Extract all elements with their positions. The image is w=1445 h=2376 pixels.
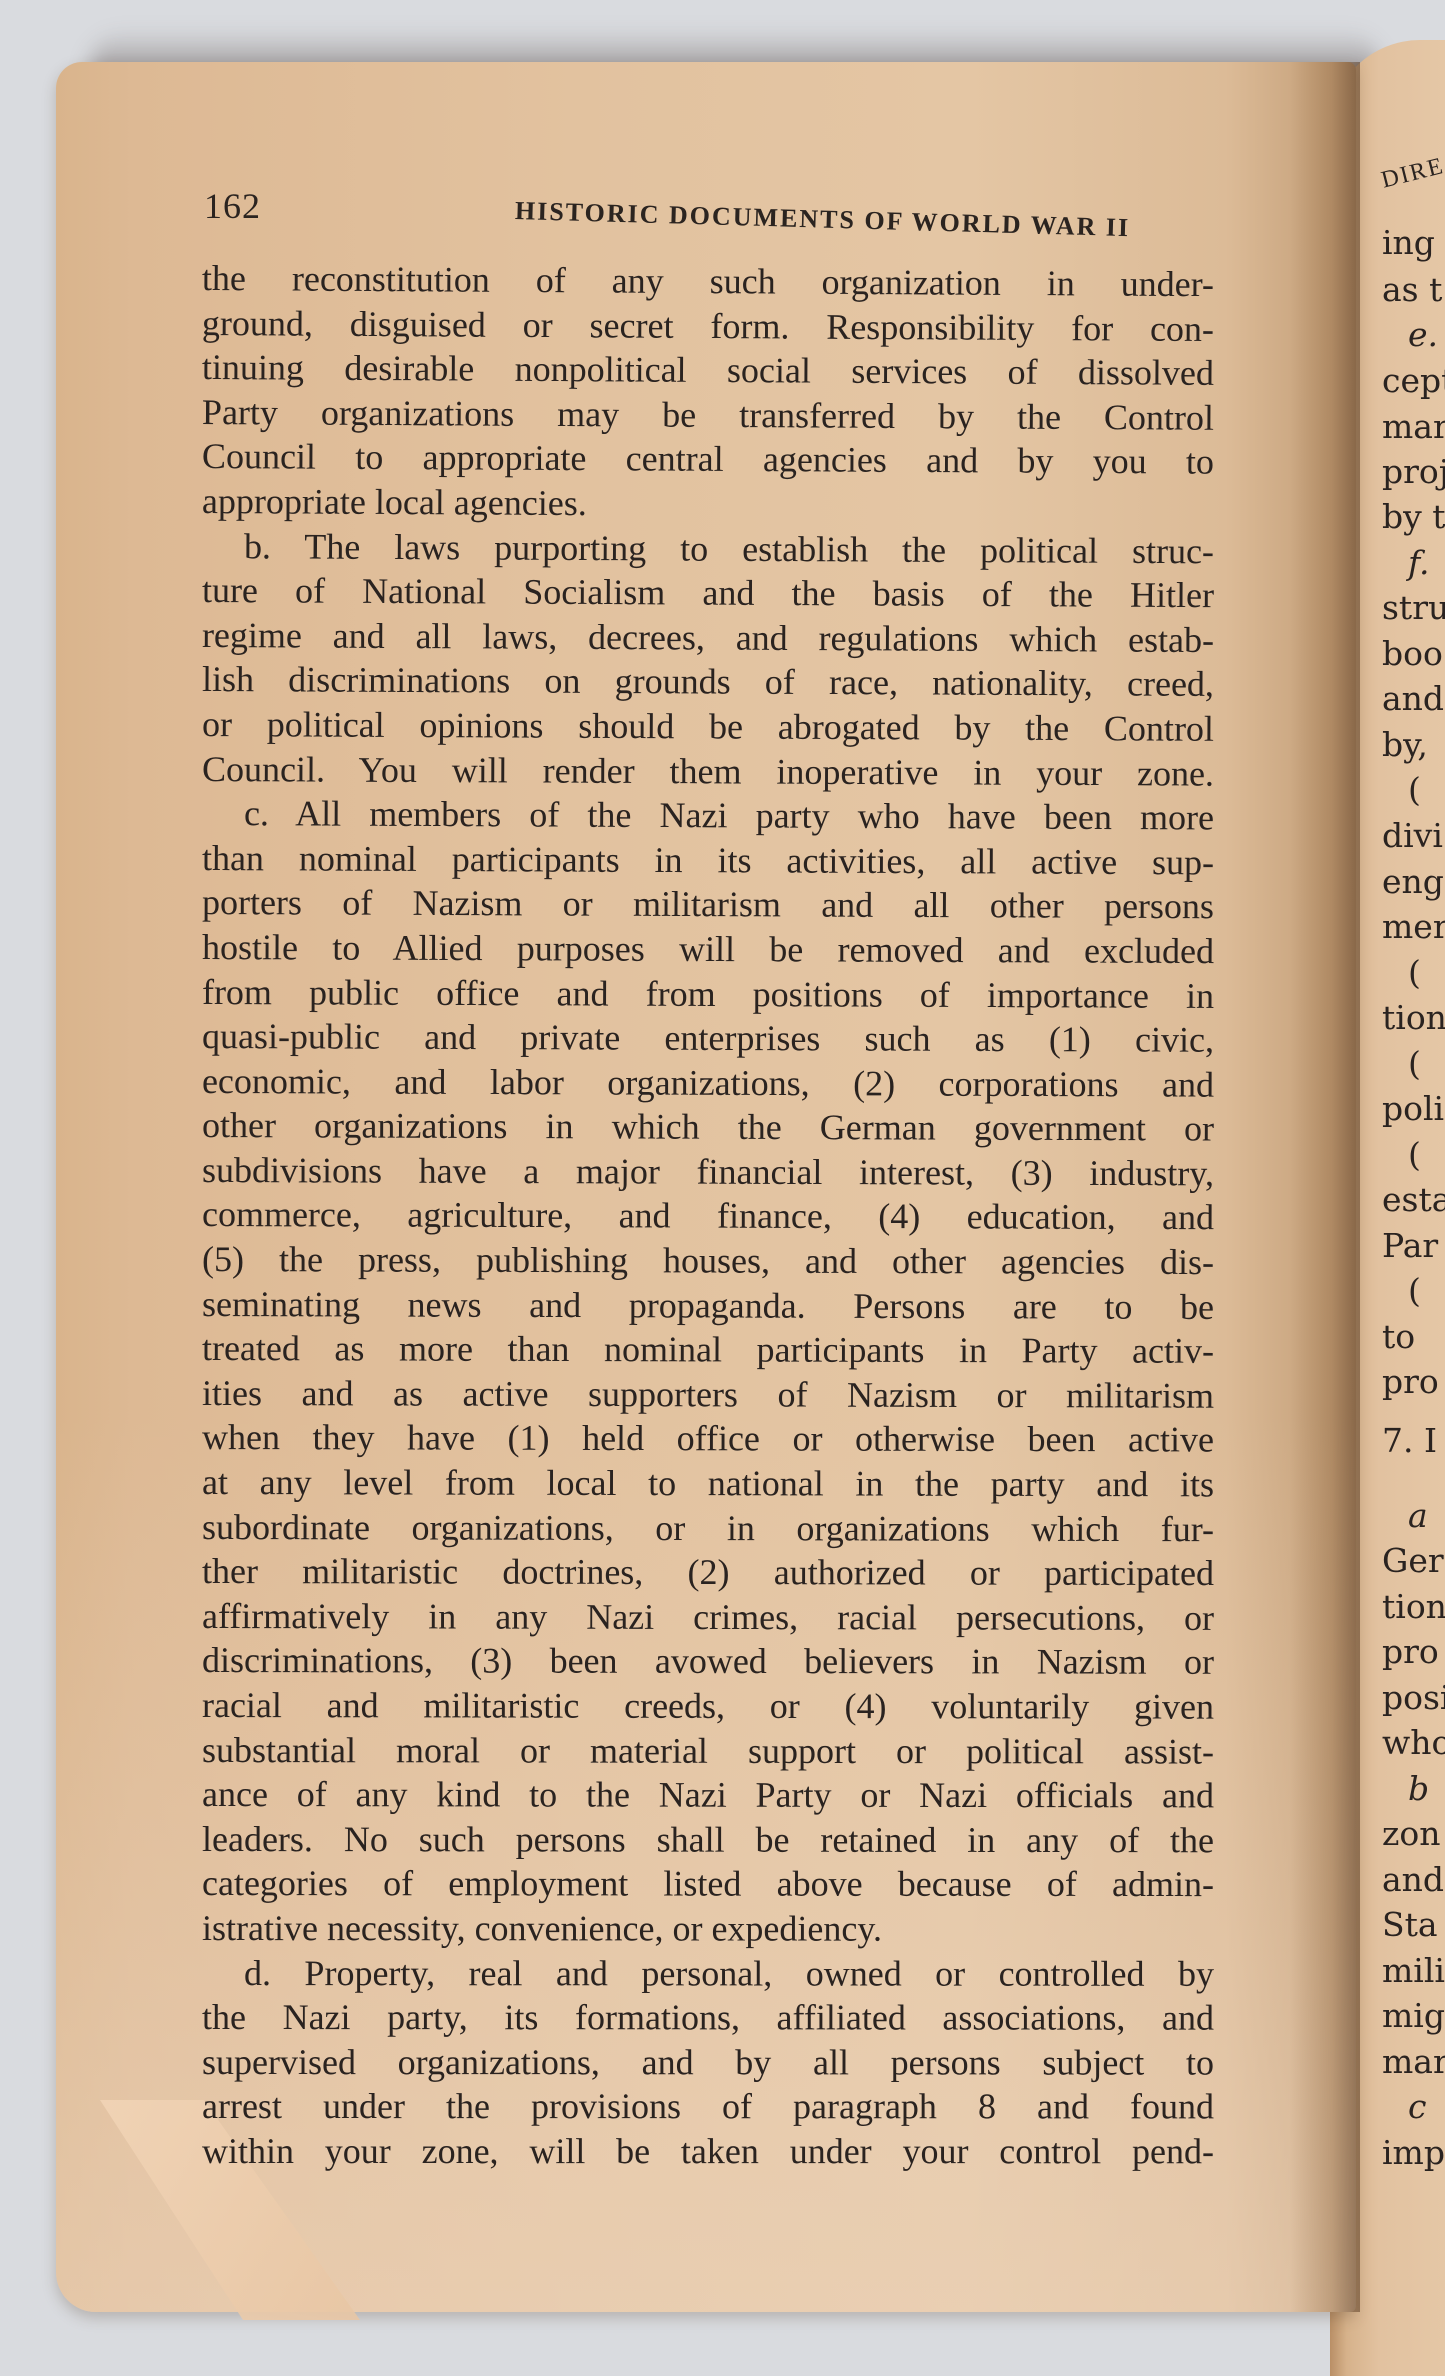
right-page-line-fragment: Sta	[1382, 1905, 1438, 1944]
text-line: d. Property, real and personal, owned or…	[202, 1951, 1214, 1996]
text-line: porters of Nazism or militarism and all …	[202, 880, 1214, 929]
text-line: hostile to Allied purposes will be remov…	[202, 925, 1214, 974]
right-page-line-fragment: mig	[1382, 1996, 1445, 2035]
right-page-line-fragment: poli	[1382, 1089, 1444, 1128]
right-page-line-fragment: Ger	[1382, 1541, 1444, 1580]
right-page-line-fragment: stru	[1382, 588, 1445, 627]
right-page-line-fragment: (	[1408, 953, 1421, 992]
text-line: b. The laws purporting to establish the …	[202, 524, 1214, 574]
right-page-line-fragment: mar	[1382, 407, 1445, 446]
text-line: or political opinions should be abrogate…	[202, 702, 1214, 751]
text-line: subordinate organizations, or in organiz…	[202, 1505, 1214, 1552]
right-page-line-fragment: tion	[1382, 998, 1445, 1037]
text-line: istrative necessity, convenience, or exp…	[202, 1906, 1214, 1952]
right-page-line-fragment: pro	[1382, 1632, 1439, 1671]
text-line: the Nazi party, its formations, affiliat…	[202, 1995, 1214, 2040]
text-line: (5) the press, publishing houses, and ot…	[202, 1237, 1214, 1285]
text-line: other organizations in which the German …	[202, 1103, 1214, 1151]
text-line: regime and all laws, decrees, and regula…	[202, 613, 1214, 663]
text-line: racial and militaristic creeds, or (4) v…	[202, 1683, 1214, 1729]
text-line: within your zone, will be taken under yo…	[202, 2129, 1214, 2174]
right-page-line-fragment: eng	[1382, 862, 1444, 901]
right-page-line-fragment: esta	[1382, 1180, 1445, 1219]
right-page-line-fragment: b	[1408, 1769, 1429, 1808]
text-line: than nominal participants in its activit…	[202, 836, 1214, 885]
right-page-line-fragment: a	[1408, 1496, 1428, 1535]
text-line: affirmatively in any Nazi crimes, racial…	[202, 1594, 1214, 1641]
right-page-line-fragment: mer	[1382, 907, 1445, 946]
right-page-line-fragment: and	[1382, 1860, 1444, 1899]
page-number: 162	[204, 185, 261, 227]
text-line: ities and as active supporters of Nazism…	[202, 1371, 1214, 1418]
right-page-line-fragment: by t	[1382, 497, 1445, 536]
right-page-line-fragment: to	[1382, 1317, 1415, 1356]
right-page-line-fragment: posi	[1382, 1678, 1445, 1717]
text-line: from public office and from positions of…	[202, 970, 1214, 1019]
text-line: commerce, agriculture, and finance, (4) …	[202, 1192, 1214, 1240]
right-page-line-fragment: (	[1408, 1271, 1421, 1310]
text-line: lish discriminations on grounds of race,…	[202, 657, 1214, 707]
text-line: the reconstitution of any such organizat…	[202, 256, 1214, 307]
right-page-line-fragment: ing	[1382, 223, 1435, 262]
text-line: arrest under the provisions of paragraph…	[202, 2084, 1214, 2129]
right-page-line-fragment: c	[1408, 2087, 1426, 2126]
text-line: seminating news and propaganda. Persons …	[202, 1282, 1214, 1330]
right-page-line-fragment: e.	[1408, 315, 1438, 354]
right-page-line-fragment: boo	[1382, 634, 1443, 673]
right-page-line-fragment: Par	[1382, 1226, 1438, 1265]
right-page-line-fragment: zon	[1382, 1814, 1441, 1853]
text-line: substantial moral or material support or…	[202, 1728, 1214, 1774]
right-page-line-fragment: divi	[1382, 816, 1443, 855]
right-page-line-fragment: cept	[1382, 361, 1445, 400]
right-page-line-fragment: (	[1408, 1135, 1421, 1174]
text-line: subdivisions have a major financial inte…	[202, 1148, 1214, 1196]
right-page-line-fragment: by,	[1382, 725, 1428, 764]
right-page-line-fragment: f.	[1408, 543, 1430, 582]
right-running-head-fragment: DIRE	[1379, 153, 1445, 195]
text-line: when they have (1) held office or otherw…	[202, 1415, 1214, 1462]
text-line: ance of any kind to the Nazi Party or Na…	[202, 1772, 1214, 1818]
right-page-line-fragment: mar	[1382, 2042, 1445, 2081]
right-page-line-fragment: 7. I	[1382, 1421, 1437, 1460]
text-line: categories of employment listed above be…	[202, 1861, 1214, 1907]
text-line: ground, disguised or secret form. Respon…	[202, 301, 1214, 352]
right-page-line-fragment: as t	[1382, 270, 1442, 309]
right-page-line-fragment: who	[1382, 1723, 1445, 1762]
text-line: Council to appropriate central agencies …	[202, 434, 1214, 484]
right-page-line-fragment: and	[1382, 679, 1444, 718]
text-line: tinuing desirable nonpolitical social se…	[202, 345, 1214, 395]
right-page-line-fragment: mili	[1382, 1951, 1445, 1990]
right-page-line-fragment: (	[1408, 1044, 1421, 1083]
text-line: at any level from local to national in t…	[202, 1460, 1214, 1507]
text-line: supervised organizations, and by all per…	[202, 2040, 1214, 2085]
body-text: the reconstitution of any such organizat…	[202, 256, 1214, 2174]
text-line: quasi-public and private enterprises suc…	[202, 1014, 1214, 1062]
text-line: c. All members of the Nazi party who hav…	[202, 791, 1214, 840]
text-line: ther militaristic doctrines, (2) authori…	[202, 1549, 1214, 1596]
right-page-line-fragment: tion	[1382, 1587, 1445, 1626]
text-line: Council. You will render them inoperativ…	[202, 747, 1214, 796]
text-line: Party organizations may be transferred b…	[202, 390, 1214, 440]
text-line: treated as more than nominal participant…	[202, 1326, 1214, 1373]
text-line: leaders. No such persons shall be retain…	[202, 1817, 1214, 1863]
text-line: appropriate local agencies.	[202, 479, 1214, 529]
right-page-line-fragment: pro	[1382, 1362, 1439, 1401]
text-line: discriminations, (3) been avowed believe…	[202, 1638, 1214, 1684]
right-page-line-fragment: imp	[1382, 2133, 1445, 2172]
book-gutter-shadow	[1290, 62, 1360, 2312]
right-page-line-fragment: (	[1408, 770, 1421, 809]
right-page-line-fragment: proj	[1382, 452, 1445, 491]
text-line: economic, and labor organizations, (2) c…	[202, 1059, 1214, 1107]
text-line: ture of National Socialism and the basis…	[202, 568, 1214, 618]
